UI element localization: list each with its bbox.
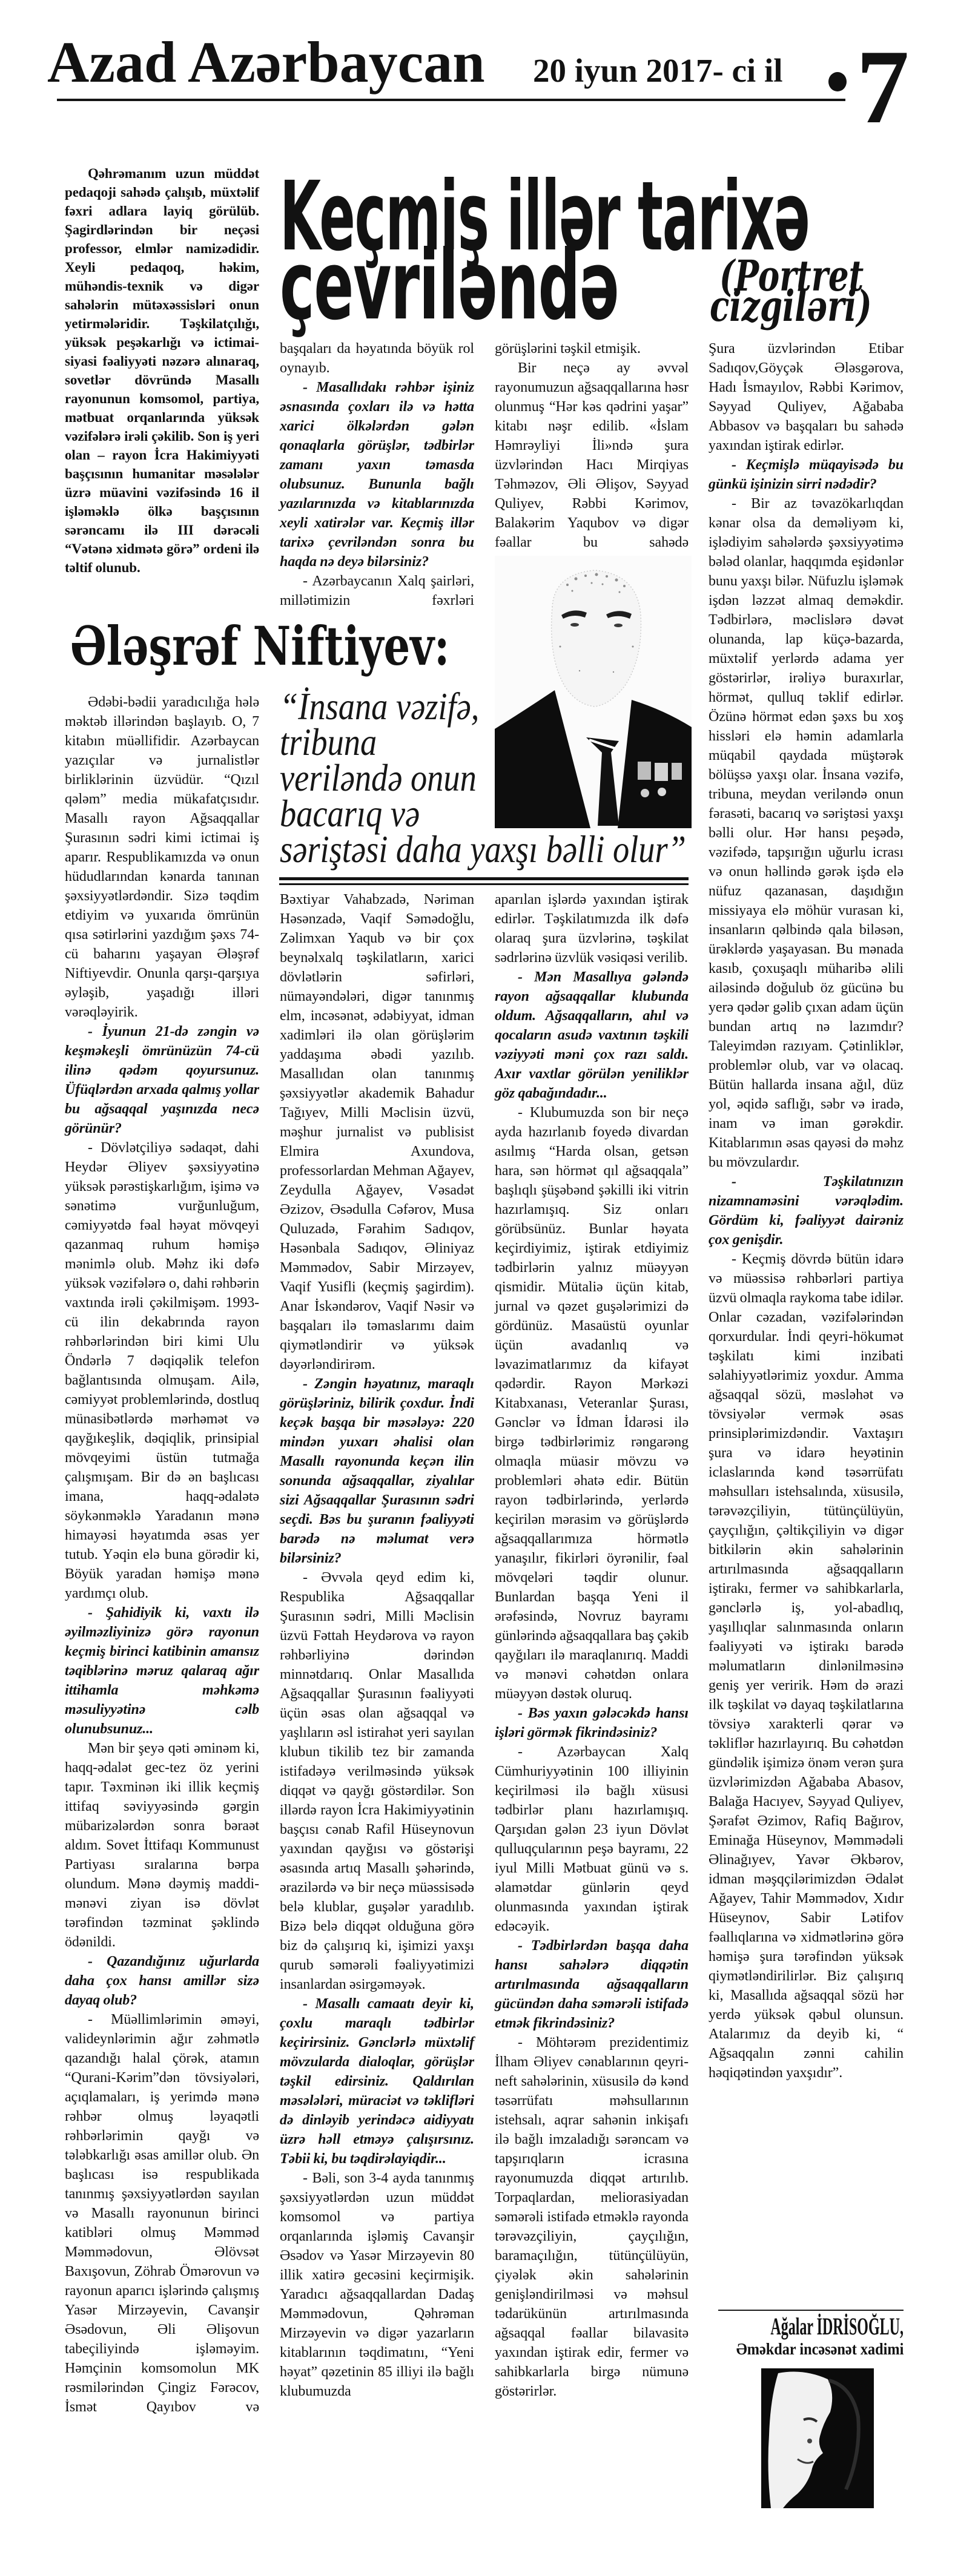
interview-question: - Keçmişlə müqayisədə bu günkü işinizin … — [709, 455, 904, 494]
interviewee-heading: Ələşrəf Niftiyev: — [70, 619, 449, 673]
page-number: 7 — [856, 34, 910, 140]
headline-line-2: çevriləndə — [280, 238, 619, 334]
issue-date: 20 iyun 2017- ci il — [533, 54, 783, 87]
answer-paragraph: görüşlərini təşkil etmişik. — [495, 339, 689, 358]
interview-question: - Masallı camaatı deyir ki, çoxlu maraql… — [280, 1994, 474, 2169]
author-photo-icon — [761, 2368, 874, 2508]
byline-rule — [718, 2310, 904, 2311]
answer-paragraph: - Dövlətçiliyə sədaqət, dahi Heydər Əliy… — [65, 1138, 259, 1603]
portrait-photo-icon — [495, 556, 692, 828]
quote-rule — [279, 877, 689, 880]
answer-paragraph: - Klubumuzda son bir neçə ayda hazırlanı… — [495, 1103, 689, 1704]
interview-question: - Mən Masallıya gələndə rayon ağsaqqalla… — [495, 967, 689, 1103]
answer-paragraph: - Azərbaycanın Xalq şairləri, millətimiz… — [280, 572, 474, 610]
answer-paragraph: başqaları da həyatında böyük rol oynayıb… — [280, 339, 474, 378]
interview-question: - Masallıdakı rəhbər işiniz əsnasında ço… — [280, 378, 474, 572]
interview-question: - Zəngin həyatınız, maraqlı görüşləriniz… — [280, 1374, 474, 1568]
bullet-dot-icon — [828, 72, 847, 91]
answer-paragraph: aparılan işlərdə yaxından iştirak edirlə… — [495, 890, 689, 967]
interview-question: - Şahidiyik ki, vaxtı ilə əyilməzliyiniz… — [65, 1603, 259, 1739]
answer-paragraph: - Azərbaycan Xalq Cümhuriyyətinin 100 il… — [495, 1742, 689, 1936]
answer-paragraph: - Bəli, son 3-4 ayda tanınmış şəxsiyyətl… — [280, 2169, 474, 2401]
interview-question: - Bəs yaxın gələcəkdə hansı işləri görmə… — [495, 1704, 689, 1742]
newspaper-page: Azad Azərbaycan 20 iyun 2017- ci il 7 Ke… — [0, 0, 978, 2576]
author-title: Əməkdar incəsənət xadimi — [736, 2341, 904, 2357]
answer-paragraph: - Möhtərəm prezidentimiz İlham Əliyev cə… — [495, 2033, 689, 2401]
interview-question: - İyunun 21-də zəngin və keşməkeşli ömrü… — [65, 1022, 259, 1138]
column-2-top: başqaları da həyatında böyük rol oynayıb… — [280, 339, 474, 610]
interview-question: - Tədbirlərdən başqa daha hansı sahələrə… — [495, 1936, 689, 2033]
column-3-top: görüşlərini təşkil etmişik. Bir neçə ay … — [495, 339, 689, 552]
author-name: Ağalar İDRİSOĞLU, — [770, 2314, 904, 2339]
answer-paragraph: Mən bir şeyə qəti əminəm ki, haqq-ədalət… — [65, 1739, 259, 1952]
interview-question: - Təşkilatınızın nizamnaməsini vərəqlədi… — [709, 1172, 904, 1250]
answer-paragraph: - Əvvəla qeyd edim ki, Respublika Ağsaqq… — [280, 1568, 474, 1994]
pull-quote-line: səriştəsi daha yaxşı bəlli olur” — [280, 831, 686, 867]
column-3-body: aparılan işlərdə yaxından iştirak edirlə… — [495, 890, 689, 2401]
column-4: Şura üzvlərindən Etibar Sadıqov,Göyçək Ə… — [709, 339, 904, 2083]
answer-paragraph: Şura üzvlərindən Etibar Sadıqov,Göyçək Ə… — [709, 339, 904, 455]
column-2-body: Bəxtiyar Vahabzadə, Nəriman Həsənzadə, V… — [280, 890, 474, 2401]
subtitle-line-2: cizgiləri) — [710, 291, 872, 321]
answer-paragraph: Bəxtiyar Vahabzadə, Nəriman Həsənzadə, V… — [280, 890, 474, 1374]
answer-paragraph: Ədəbi-bədii yaradıcılığa hələ məktəb ill… — [65, 693, 259, 1022]
header-rule — [57, 99, 845, 101]
headline-subtitle: (Portret cizgiləri) — [710, 261, 872, 321]
column-1-body: Ədəbi-bədii yaradıcılığa hələ məktəb ill… — [65, 693, 259, 2417]
answer-paragraph: Bir neçə ay əvvəl rayonumuzun ağsaqqalla… — [495, 358, 689, 552]
answer-paragraph: - Müəllimlərimin əməyi, valideynlərimin … — [65, 2010, 259, 2417]
quote-rule — [279, 883, 689, 885]
answer-paragraph: - Keçmiş dövrdə bütün idarə və müəssisə … — [709, 1250, 904, 2083]
article-lead: Qəhrəmanım uzun müddət pedaqoji sahədə ç… — [65, 164, 259, 577]
answer-paragraph: - Bir az təvazökarlıqdan kənar olsa da d… — [709, 494, 904, 1172]
newspaper-masthead: Azad Azərbaycan — [47, 33, 485, 91]
lead-paragraph: Qəhrəmanım uzun müddət pedaqoji sahədə ç… — [65, 164, 259, 577]
interview-question: - Qazandığınız uğurlarda daha çox hansı … — [65, 1952, 259, 2010]
